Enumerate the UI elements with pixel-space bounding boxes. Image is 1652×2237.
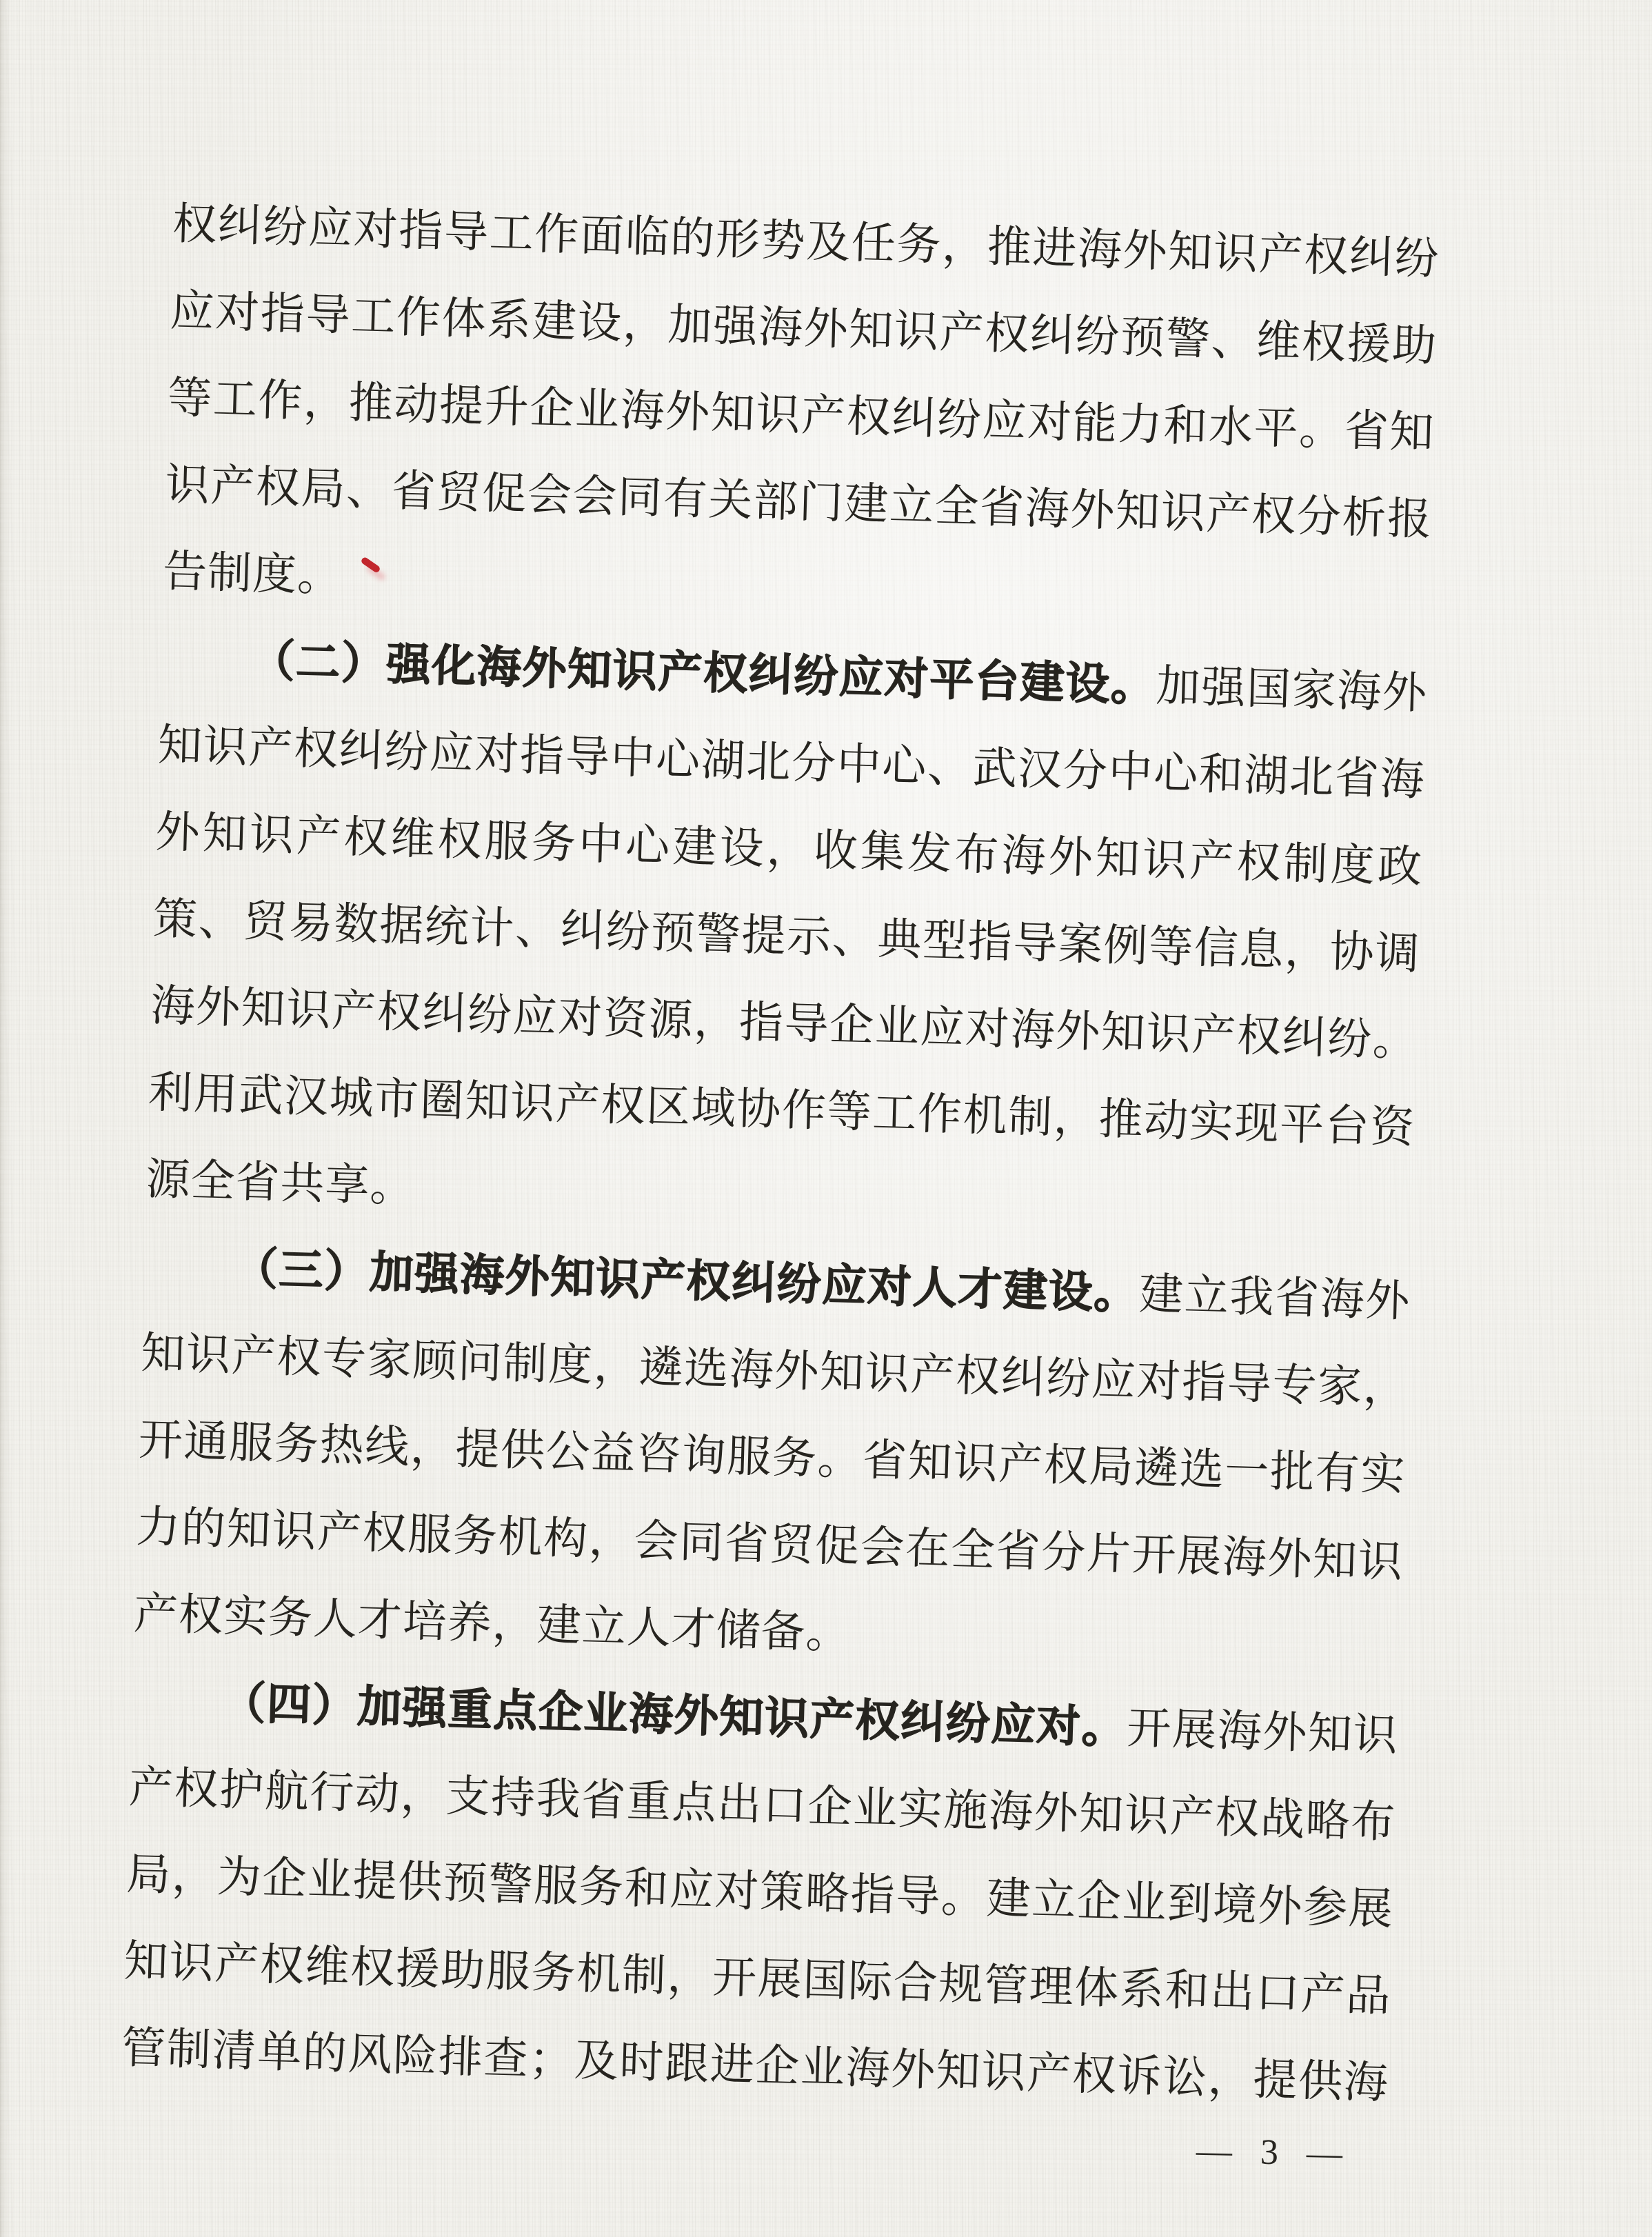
para-section-3: （三）加强海外知识产权纠纷应对人才建设。建立我省海外知识产权专家顾问制度，遴选海… xyxy=(132,1223,1411,1692)
para-continuation: 权纠纷应对指导工作面临的形势及任务，推进海外知识产权纠纷应对指导工作体系建设，加… xyxy=(161,181,1440,650)
section-heading: （四）加强重点企业海外知识产权纠纷应对。 xyxy=(221,1678,1127,1753)
section-heading: （三）加强海外知识产权纠纷应对人才建设。 xyxy=(233,1244,1140,1318)
body-text: 产权护航行动，支持我省重点出口企业实施海外知识产权战略布 xyxy=(128,1763,1396,1847)
para-section-4: （四）加强重点企业海外知识产权纠纷应对。开展海外知识产权护航行动，支持我省重点出… xyxy=(121,1657,1400,2127)
body-text: 局，为企业提供预警服务和应对策略指导。建立企业到境外参展 xyxy=(125,1849,1393,1934)
page-number-label: — 3 — xyxy=(1196,2131,1352,2174)
body-text: 告制度。 xyxy=(162,547,343,601)
para-section-2: （二）强化海外知识产权纠纷应对平台建设。加强国家海外知识产权纠纷应对指导中心湖北… xyxy=(145,615,1429,1258)
document-body: 权纠纷应对指导工作面临的形势及任务，推进海外知识产权纠纷应对指导工作体系建设，加… xyxy=(121,181,1441,2127)
body-text: 源全省共享。 xyxy=(145,1154,416,1211)
body-text: 外知识产权维权服务中心建设，收集发布海外知识产权制度政 xyxy=(155,807,1423,892)
body-text: 建立我省海外 xyxy=(1138,1270,1411,1326)
scanned-document-page: 权纠纷应对指导工作面临的形势及任务，推进海外知识产权纠纷应对指导工作体系建设，加… xyxy=(0,0,1652,2237)
body-text: 权纠纷应对指导工作面临的形势及任务，推进海外知识产权纠纷 xyxy=(172,199,1440,283)
body-text: 产权实务人才培养，建立人才储备。 xyxy=(133,1589,852,1658)
body-text: 知识产权纠纷应对指导中心湖北分中心、武汉分中心和湖北省海 xyxy=(157,721,1425,805)
body-text: 识产权局、省贸促会会同有关部门建立全省海外知识产权分析报 xyxy=(165,460,1433,544)
body-text: 等工作，推动提升企业海外知识产权纠纷应对能力和水平。省知 xyxy=(167,373,1435,457)
red-pen-mark xyxy=(360,556,381,574)
body-text: 应对指导工作体系建设，加强海外知识产权纠纷预警、维权援助 xyxy=(170,286,1438,370)
body-text: 知识产权维权援助服务机制，开展国际合规管理体系和出口产品 xyxy=(123,1936,1391,2020)
body-text: 加强国家海外 xyxy=(1156,661,1428,718)
body-text: 知识产权专家顾问制度，遴选海外知识产权纠纷应对指导专家， xyxy=(141,1328,1409,1412)
section-heading: （二）强化海外知识产权纠纷应对平台建设。 xyxy=(250,636,1157,710)
body-text: 开通服务热线，提供公益咨询服务。省知识产权局遴选一批有实 xyxy=(138,1415,1406,1499)
body-text: 开展海外知识 xyxy=(1127,1703,1399,1760)
body-text: 利用武汉城市圈知识产权区域协作等工作机制，推动实现平台资 xyxy=(148,1067,1416,1152)
page-footer: — 3 — xyxy=(1196,2131,1352,2175)
body-text: 策、贸易数据统计、纠纷预警提示、典型指导案例等信息，协调 xyxy=(152,894,1420,979)
body-text: 海外知识产权纠纷应对资源，指导企业应对海外知识产权纠纷。 xyxy=(150,981,1418,1065)
body-text: 管制清单的风险排查；及时跟进企业海外知识产权诉讼，提供海 xyxy=(121,2023,1389,2107)
body-text: 力的知识产权服务机构，会同省贸促会在全省分片开展海外知识 xyxy=(135,1502,1403,1586)
